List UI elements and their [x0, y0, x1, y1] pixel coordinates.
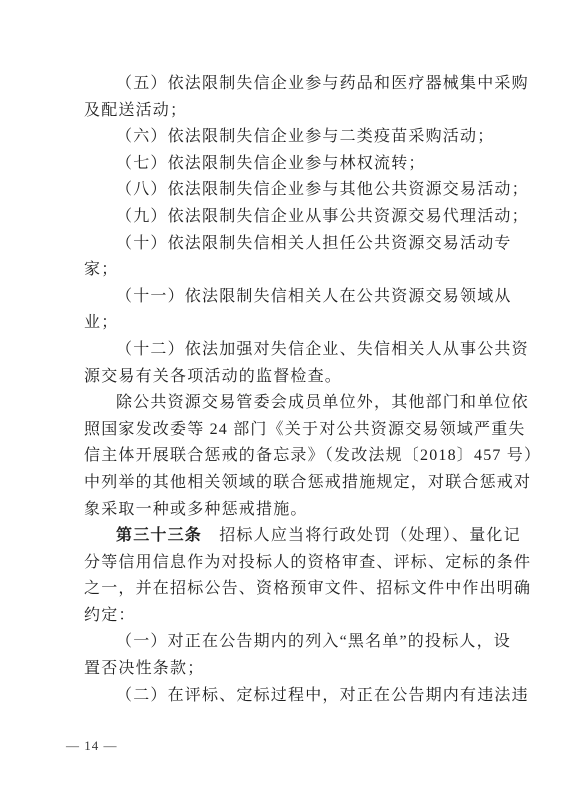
- text-line: 约定：: [84, 603, 494, 630]
- text-line: 除公共资源交易管委会成员单位外，其他部门和单位依: [84, 390, 494, 417]
- text-line: （六）依法限制失信企业参与二类疫苗采购活动；: [84, 124, 494, 151]
- text-line: 中列举的其他相关领域的联合惩戒措施规定，对联合惩戒对: [84, 470, 494, 497]
- text-line: 之一，并在招标公告、资格预审文件、招标文件中作出明确: [84, 576, 494, 603]
- text-line: 象采取一种或多种惩戒措施。: [84, 497, 494, 524]
- text-line: 及配送活动；: [84, 98, 494, 125]
- text-line: （七）依法限制失信企业参与林权流转；: [84, 151, 494, 178]
- article-number: 第三十三条: [116, 527, 202, 544]
- page-number: — 14 —: [66, 738, 118, 754]
- text-line: 置否决性条款；: [84, 656, 494, 683]
- document-page: （五）依法限制失信企业参与药品和医疗器械集中采购及配送活动；（六）依法限制失信企…: [0, 0, 565, 800]
- text-line: （十二）依法加强对失信企业、失信相关人从事公共资: [84, 337, 494, 364]
- text-line: 家；: [84, 257, 494, 284]
- text-line: 源交易有关各项活动的监督检查。: [84, 364, 494, 391]
- text-line: （二）在评标、定标过程中，对正在公告期内有违法违: [84, 683, 494, 710]
- text-line: （一）对正在公告期内的列入“黑名单”的投标人，设: [84, 629, 494, 656]
- text-line: 业；: [84, 310, 494, 337]
- text-line: 信主体开展联合惩戒的备忘录》（发改法规〔2018〕457 号）: [84, 443, 494, 470]
- text-line: 第三十三条 招标人应当将行政处罚（处理）、量化记: [84, 523, 494, 550]
- text-line: 照国家发改委等 24 部门《关于对公共资源交易领域严重失: [84, 417, 494, 444]
- text-line: （五）依法限制失信企业参与药品和医疗器械集中采购: [84, 71, 494, 98]
- text-line: 分等信用信息作为对投标人的资格审查、评标、定标的条件: [84, 550, 494, 577]
- text-line: （八）依法限制失信企业参与其他公共资源交易活动；: [84, 177, 494, 204]
- document-body: （五）依法限制失信企业参与药品和医疗器械集中采购及配送活动；（六）依法限制失信企…: [84, 71, 494, 709]
- text-line: （九）依法限制失信企业从事公共资源交易代理活动；: [84, 204, 494, 231]
- text-line: （十一）依法限制失信相关人在公共资源交易领域从: [84, 284, 494, 311]
- text-line: （十）依法限制失信相关人担任公共资源交易活动专: [84, 231, 494, 258]
